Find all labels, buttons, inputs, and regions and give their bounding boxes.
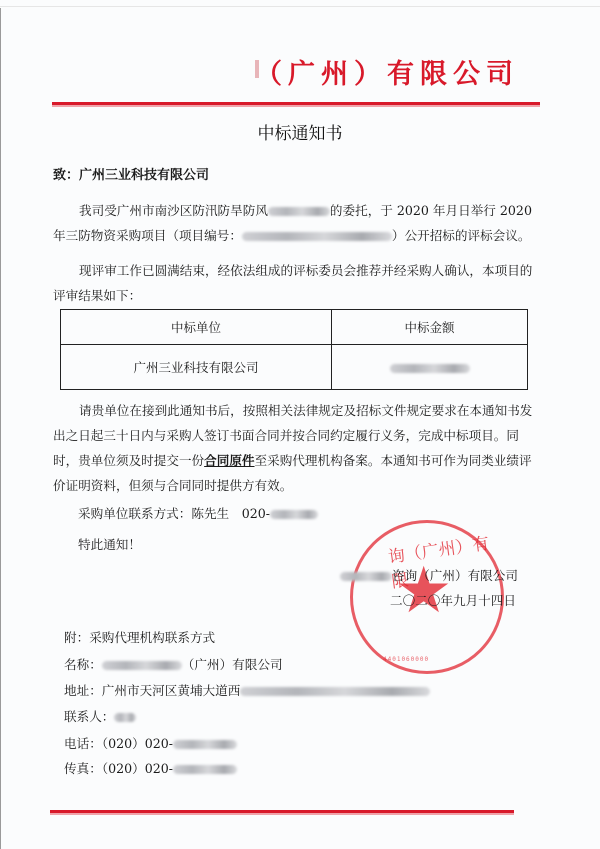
cell-winning-amount — [332, 345, 528, 390]
agency-phone: 电话：（020）020- — [64, 733, 237, 752]
label: 电话： — [64, 736, 102, 751]
letterhead-rule — [52, 102, 540, 105]
value: （020）020- — [102, 736, 173, 751]
signing-date: 二〇二〇年九月十四日 — [390, 590, 516, 609]
document-title: 中标通知书 — [0, 119, 600, 144]
page-top-edge — [0, 6, 600, 7]
redacted-amount — [390, 364, 470, 373]
redacted-client — [268, 207, 330, 216]
label: 联系人： — [64, 709, 114, 724]
letterhead-company: （广州）有限公司 — [255, 52, 519, 91]
attachment-heading: 附：采购代理机构联系方式 — [64, 627, 215, 646]
redacted-phone — [270, 510, 318, 519]
agency-fax: 传真：（020）020- — [64, 758, 237, 777]
label: 名称： — [64, 657, 102, 672]
table-header-row: 中标单位 中标金额 — [61, 310, 528, 345]
purchaser-contact: 采购单位联系方式：陈先生 020- — [78, 503, 318, 522]
redacted-agency-name — [102, 661, 182, 670]
agency-address: 地址：广州市天河区黄埔大道西 — [64, 680, 430, 699]
value: 广州市天河区黄埔大道西 — [102, 683, 241, 698]
purchaser-contact-text: 采购单位联系方式：陈先生 020- — [78, 506, 270, 521]
agency-contact-person: 联系人： — [64, 706, 136, 725]
signing-org-text: 咨询（广州）有限公司 — [392, 568, 518, 583]
footer-rule — [50, 810, 514, 813]
seal-code: 4401060000 — [383, 656, 429, 663]
value: （广州）有限公司 — [182, 657, 283, 672]
signing-organization: 咨询（广州）有限公司 — [340, 565, 518, 584]
closing-notice: 特此通知！ — [78, 534, 141, 553]
redacted-phone — [173, 740, 237, 749]
result-table: 中标单位 中标金额 广州三业科技有限公司 — [60, 309, 528, 390]
label: 传真： — [64, 761, 102, 776]
redacted-project-number — [242, 232, 392, 241]
redacted-contact-name — [114, 713, 136, 722]
paragraph-text: 我司受广州市南沙区防汛防旱防风 — [79, 203, 268, 218]
header-winning-unit: 中标单位 — [61, 310, 332, 345]
label: 地址： — [64, 683, 102, 698]
agency-name: 名称：（广州）有限公司 — [64, 654, 283, 673]
emphasis-original-contract: 合同原件 — [204, 453, 254, 468]
table-row: 广州三业科技有限公司 — [61, 345, 528, 390]
value: （020）020- — [102, 761, 173, 776]
addressee: 致：广州三业科技有限公司 — [53, 164, 209, 183]
paragraph-commission: 我司受广州市南沙区防汛防旱防风的委托，于 2020 年月日举行 2020 年三防… — [53, 198, 533, 248]
redacted-org-name — [340, 572, 392, 581]
redacted-fax — [173, 765, 237, 774]
paragraph-text: ）公开招标的评标会议。 — [392, 228, 531, 243]
paragraph-result-intro: 现评审工作已圆满结束，经依法组成的评标委员会推荐并经采购人确认，本项目的评审结果… — [53, 258, 533, 308]
paragraph-instructions: 请贵单位在接到此通知书后，按照相关法律规定及招标文件规定要求在本通知书发出之日起… — [53, 398, 533, 498]
cell-winning-unit: 广州三业科技有限公司 — [61, 345, 332, 390]
header-winning-amount: 中标金额 — [332, 310, 528, 345]
redacted-address — [240, 687, 430, 696]
